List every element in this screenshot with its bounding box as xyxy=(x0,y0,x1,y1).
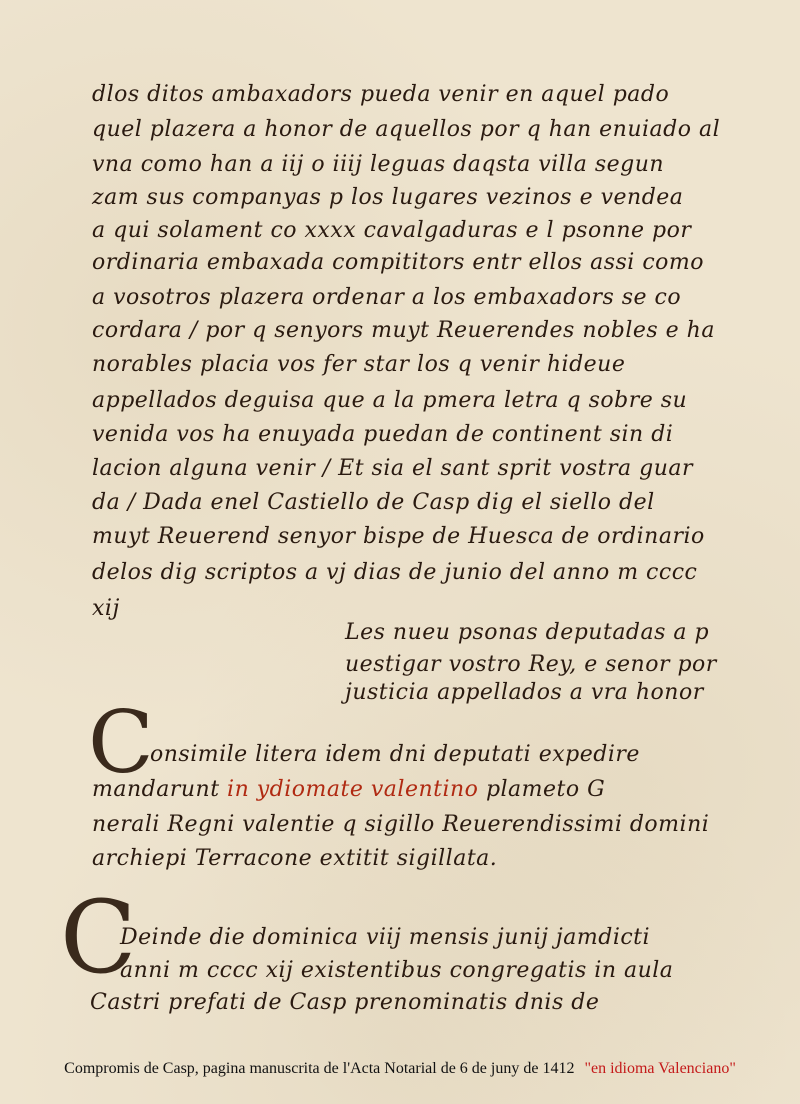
caption-text: Compromis de Casp, pagina manuscrita de … xyxy=(64,1060,574,1077)
manuscript-page: dlos ditos ambaxadors pueda venir en aqu… xyxy=(0,0,800,1104)
manuscript-line: muyt Reuerend senyor bispe de Huesca de … xyxy=(92,524,705,549)
manuscript-line: dlos ditos ambaxadors pueda venir en aqu… xyxy=(92,82,669,107)
manuscript-word: mandarunt xyxy=(92,777,220,802)
manuscript-word: plameto G xyxy=(486,777,605,802)
manuscript-line: cordara / por q senyors muyt Reuerendes … xyxy=(92,318,715,343)
manuscript-line: anni m cccc xij existentibus congregatis… xyxy=(120,958,673,983)
manuscript-line: a vosotros plazera ordenar a los embaxad… xyxy=(92,285,681,310)
image-caption: Compromis de Casp, pagina manuscrita de … xyxy=(0,1060,800,1078)
signature-line: justicia appellados a vra honor xyxy=(345,680,704,705)
manuscript-line: venida vos ha enuyada puedan de continen… xyxy=(92,422,673,447)
manuscript-line: vna como han a iij o iiij leguas daqsta … xyxy=(92,152,664,177)
manuscript-line: xij xyxy=(92,596,120,621)
manuscript-line: onsimile litera idem dni deputati expedi… xyxy=(150,742,640,767)
highlighted-phrase: in ydiomate valentino xyxy=(227,777,478,802)
manuscript-line: appellados deguisa que a la pmera letra … xyxy=(92,388,687,413)
manuscript-line: quel plazera a honor de aquellos por q h… xyxy=(92,117,720,142)
manuscript-line: ordinaria embaxada compititors entr ello… xyxy=(92,250,704,275)
manuscript-line: Castri prefati de Casp prenominatis dnis… xyxy=(90,990,599,1015)
decorated-initial: C xyxy=(88,700,154,786)
manuscript-line: archiepi Terracone extitit sigillata. xyxy=(92,846,497,871)
signature-line: uestigar vostro Rey, e senor por xyxy=(345,652,717,677)
caption-accent: "en idioma Valenciano" xyxy=(584,1060,735,1077)
manuscript-line: mandarunt in ydiomate valentino plameto … xyxy=(92,777,605,802)
manuscript-line: Deinde die dominica viij mensis junij ja… xyxy=(120,925,650,950)
manuscript-line: zam sus companyas p los lugares vezinos … xyxy=(92,185,683,210)
manuscript-line: a qui solament co xxxx cavalgaduras e l … xyxy=(92,218,691,243)
manuscript-line: lacion alguna venir / Et sia el sant spr… xyxy=(92,456,693,481)
signature-line: Les nueu psonas deputadas a p xyxy=(345,620,709,645)
manuscript-line: nerali Regni valentie q sigillo Reuerend… xyxy=(92,812,709,837)
manuscript-line: norables placia vos fer star los q venir… xyxy=(92,352,625,377)
manuscript-line: delos dig scriptos a vj dias de junio de… xyxy=(92,560,697,585)
manuscript-line: da / Dada enel Castiello de Casp dig el … xyxy=(92,490,655,515)
